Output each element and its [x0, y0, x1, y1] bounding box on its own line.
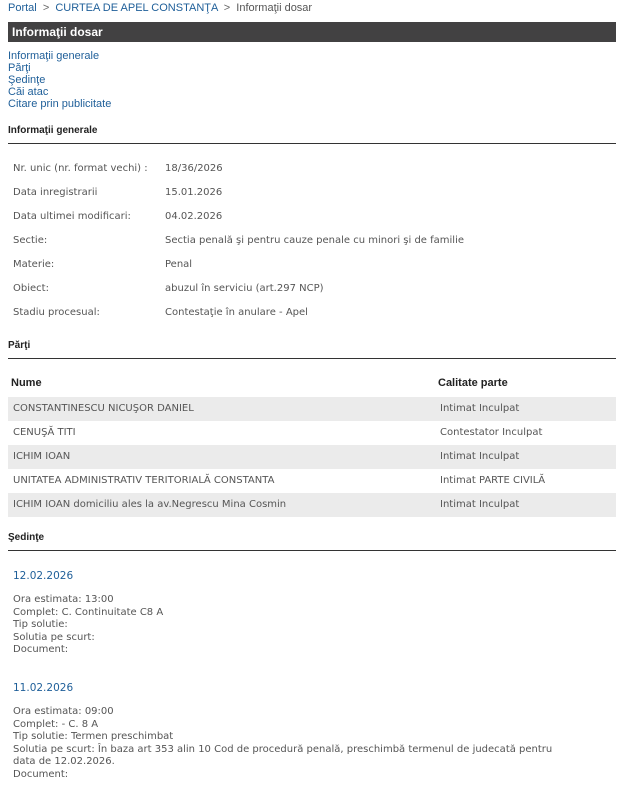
breadcrumb-separator: >: [224, 2, 230, 14]
party-name: ICHIM IOAN: [13, 445, 70, 469]
info-row: Sectie:Sectia penală şi pentru cauze pen…: [13, 235, 464, 246]
info-row: Stadiu procesual:Contestaţie în anulare …: [13, 307, 308, 318]
info-label: Nr. unic (nr. format vechi) :: [13, 163, 165, 174]
section-heading-hearings: Şedinţe: [8, 532, 616, 551]
breadcrumb-current: Informaţii dosar: [236, 2, 312, 14]
hearing-detail-line: Tip solutie:: [13, 619, 573, 632]
breadcrumb: Portal > CURTEA DE APEL CONSTANŢA > Info…: [8, 2, 312, 14]
toc-link-general[interactable]: Informaţii generale: [8, 50, 111, 62]
toc-link-parties[interactable]: Părţi: [8, 62, 111, 74]
info-row: Materie:Penal: [13, 259, 192, 270]
hearing-detail-line: Complet: C. Continuitate C8 A: [13, 607, 573, 620]
hearing-details: Ora estimata: 13:00Complet: C. Continuit…: [13, 594, 573, 657]
table-of-contents: Informaţii generale Părţi Şedinţe Căi at…: [8, 50, 111, 110]
hearing-date: 11.02.2026: [13, 682, 73, 694]
section-heading-parties: Părţi: [8, 340, 616, 359]
party-name: CONSTANTINESCU NICUŞOR DANIEL: [13, 397, 194, 421]
info-value: 04.02.2026: [165, 211, 222, 222]
hearing-detail-line: Solutia pe scurt:: [13, 632, 573, 645]
hearing-detail-line: Complet: - C. 8 A: [13, 719, 573, 732]
table-row: UNITATEA ADMINISTRATIV TERITORIALĂ CONST…: [8, 469, 616, 493]
party-role: Intimat Inculpat: [440, 493, 519, 517]
table-row: CONSTANTINESCU NICUŞOR DANIELIntimat Inc…: [8, 397, 616, 421]
hearing-date: 12.02.2026: [13, 570, 73, 582]
hearing-detail-line: Document:: [13, 644, 573, 657]
info-label: Data inregistrarii: [13, 187, 165, 198]
column-header-role: Calitate parte: [438, 377, 508, 389]
info-row: Data inregistrarii15.01.2026: [13, 187, 222, 198]
party-name: UNITATEA ADMINISTRATIV TERITORIALĂ CONST…: [13, 469, 274, 493]
info-row: Data ultimei modificari:04.02.2026: [13, 211, 222, 222]
breadcrumb-portal[interactable]: Portal: [8, 2, 37, 14]
hearing-detail-line: Document:: [13, 769, 573, 782]
party-role: Intimat Inculpat: [440, 397, 519, 421]
hearing-detail-line: Tip solutie: Termen preschimbat: [13, 731, 573, 744]
party-role: Contestator Inculpat: [440, 421, 542, 445]
toc-link-hearings[interactable]: Şedinţe: [8, 74, 111, 86]
party-role: Intimat Inculpat: [440, 445, 519, 469]
toc-link-appeals[interactable]: Căi atac: [8, 86, 111, 98]
info-value: 18/36/2026: [165, 163, 223, 174]
breadcrumb-separator: >: [43, 2, 49, 14]
hearing-detail-line: Ora estimata: 09:00: [13, 706, 573, 719]
info-row: Obiect:abuzul în serviciu (art.297 NCP): [13, 283, 324, 294]
section-heading-general: Informaţii generale: [8, 125, 616, 144]
info-value: abuzul în serviciu (art.297 NCP): [165, 283, 324, 294]
hearing-detail-line: Solutia pe scurt: În baza art 353 alin 1…: [13, 744, 573, 769]
info-value: Penal: [165, 259, 192, 270]
breadcrumb-court[interactable]: CURTEA DE APEL CONSTANŢA: [55, 2, 217, 14]
hearing-detail-line: Ora estimata: 13:00: [13, 594, 573, 607]
party-role: Intimat PARTE CIVILĂ: [440, 469, 545, 493]
table-row: ICHIM IOANIntimat Inculpat: [8, 445, 616, 469]
page-title: Informaţii dosar: [8, 22, 616, 42]
info-value: Sectia penală şi pentru cauze penale cu …: [165, 235, 464, 246]
info-label: Data ultimei modificari:: [13, 211, 165, 222]
info-value: Contestaţie în anulare - Apel: [165, 307, 308, 318]
party-name: CENUŞĂ TITI: [13, 421, 76, 445]
info-value: 15.01.2026: [165, 187, 222, 198]
info-row: Nr. unic (nr. format vechi) :18/36/2026: [13, 163, 223, 174]
hearing-details: Ora estimata: 09:00Complet: - C. 8 ATip …: [13, 706, 573, 781]
column-header-name: Nume: [11, 377, 42, 389]
info-label: Stadiu procesual:: [13, 307, 165, 318]
info-label: Obiect:: [13, 283, 165, 294]
toc-link-public-summons[interactable]: Citare prin publicitate: [8, 98, 111, 110]
table-row: CENUŞĂ TITIContestator Inculpat: [8, 421, 616, 445]
party-name: ICHIM IOAN domiciliu ales la av.Negrescu…: [13, 493, 286, 517]
info-label: Sectie:: [13, 235, 165, 246]
table-row: ICHIM IOAN domiciliu ales la av.Negrescu…: [8, 493, 616, 517]
info-label: Materie:: [13, 259, 165, 270]
